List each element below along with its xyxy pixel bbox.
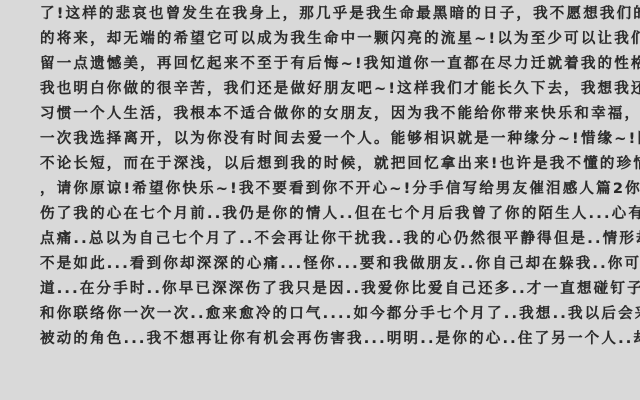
text-line: 一次我选择离开，以为你没有时间去爱一个人。能够相识就是一种缘分~!惜缘~!回忆 [40,127,600,152]
text-line: 点痛..总以为自己七个月了..不会再让你干扰我..我的心仍然很平静得但是..情形… [40,227,600,252]
text-line: 伤了我的心在七个月前..我仍是你的情人..但在七个月后我曾了你的陌生人...心有 [40,202,600,227]
text-line: 的将来，却无端的希望它可以成为我生命中一颗闪亮的流星~!以为至少可以让我们保 [40,27,600,52]
text-line: 被动的角色...我不想再让你有机会再伤害我...明明..是你的心..住了另一个人… [40,327,600,352]
text-line: 和你联络你一次一次..愈来愈冷的口气....如今都分手七个月了..我想..我以后… [40,302,600,327]
text-line: ，请你原谅!希望你快乐~!我不要看到你不开心~!分手信写给男友催泪感人篇2你深深 [40,177,600,202]
text-line: 道...在分手时..你早已深深伤了我只是因..我爱你比爱自己还多..才一直想碰钉… [40,277,600,302]
document-page: 了!这样的悲哀也曾发生在我身上，那几乎是我生命最黑暗的日子，我不愿想我们的 的将… [0,0,640,400]
text-line: 不论长短，而在于深浅，以后想到我的时候，就把回忆拿出来!也许是我不懂的珍惜 [40,152,600,177]
text-line: 留一点遗憾美，再回忆起来不至于有后悔~!我知道你一直都在尽力迁就着我的性格， [40,52,600,77]
article-body: 了!这样的悲哀也曾发生在我身上，那几乎是我生命最黑暗的日子，我不愿想我们的 的将… [40,2,600,352]
text-line: 了!这样的悲哀也曾发生在我身上，那几乎是我生命最黑暗的日子，我不愿想我们的 [40,2,600,27]
text-line: 不是如此...看到你却深深的心痛...怪你...要和我做朋友..你自己却在躲我.… [40,252,600,277]
text-line: 习惯一个人生活，我根本不适合做你的女朋友，因为我不能给你带来快乐和幸福，这 [40,102,600,127]
text-line: 我也明白你做的很辛苦，我们还是做好朋友吧~!这样我们才能长久下去，我想我还是 [40,77,600,102]
